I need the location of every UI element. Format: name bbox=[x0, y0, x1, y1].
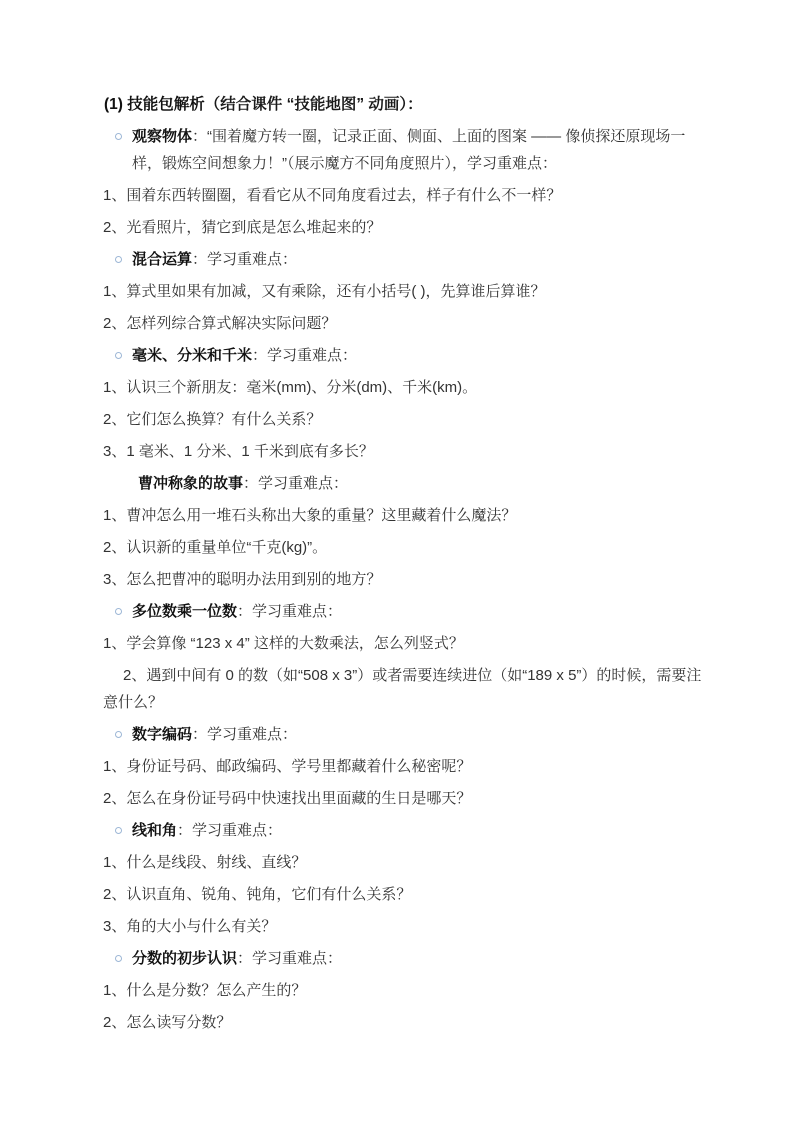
section-description: ：学习重难点： bbox=[237, 603, 342, 620]
study-point: 2、光看照片，猜它到底是怎么堆起来的？ bbox=[103, 214, 705, 241]
document-page: (1) 技能包解析（结合课件 “技能地图” 动画）： 观察物体：“围着魔方转一圈… bbox=[0, 0, 793, 1122]
skill-section: 线和角：学习重难点： 1、什么是线段、射线、直线？2、认识直角、锐角、钝角，它们… bbox=[103, 817, 705, 940]
study-point: 1、什么是线段、射线、直线？ bbox=[103, 849, 705, 876]
skill-section: 曹冲称象的故事：学习重难点： 1、曹冲怎么用一堆石头称出大象的重量？这里藏着什么… bbox=[103, 470, 705, 593]
section-description: ：学习重难点： bbox=[237, 950, 342, 967]
study-point: 1、学会算像 “123 x 4” 这样的大数乘法，怎么列竖式？ bbox=[103, 630, 705, 657]
study-point: 1、什么是分数？怎么产生的？ bbox=[103, 977, 705, 1004]
list-bullet-icon bbox=[115, 256, 122, 263]
study-point: 1、算式里如果有加减，又有乘除，还有小括号( )，先算谁后算谁？ bbox=[103, 278, 705, 305]
section-title: 混合运算 bbox=[132, 251, 192, 268]
title-annotation: （结合课件 “技能地图” 动画）： bbox=[205, 96, 423, 113]
study-point: 1、身份证号码、邮政编码、学号里都藏着什么秘密呢？ bbox=[103, 753, 705, 780]
study-point: 3、怎么把曹冲的聪明办法用到别的地方？ bbox=[103, 566, 705, 593]
section-title: 多位数乘一位数 bbox=[132, 603, 237, 620]
study-point: 2、遇到中间有 0 的数（如“508 x 3”）或者需要连续进位（如“189 x… bbox=[103, 662, 705, 716]
study-point: 1、曹冲怎么用一堆石头称出大象的重量？这里藏着什么魔法？ bbox=[103, 502, 705, 529]
section-description: ：学习重难点： bbox=[192, 726, 297, 743]
section-title: 观察物体 bbox=[132, 128, 192, 145]
skill-section: 观察物体：“围着魔方转一圈，记录正面、侧面、上面的图案 —— 像侦探还原现场一样… bbox=[103, 123, 705, 241]
section-title: 线和角 bbox=[132, 822, 177, 839]
sections-container: 观察物体：“围着魔方转一圈，记录正面、侧面、上面的图案 —— 像侦探还原现场一样… bbox=[103, 123, 705, 1036]
list-bullet-icon bbox=[115, 731, 122, 738]
section-description: ：学习重难点： bbox=[177, 822, 282, 839]
skill-section: 多位数乘一位数：学习重难点： 1、学会算像 “123 x 4” 这样的大数乘法，… bbox=[103, 598, 705, 716]
skill-section: 混合运算：学习重难点： 1、算式里如果有加减，又有乘除，还有小括号( )，先算谁… bbox=[103, 246, 705, 337]
study-point: 2、怎么在身份证号码中快速找出里面藏的生日是哪天？ bbox=[103, 785, 705, 812]
section-heading: 混合运算：学习重难点： bbox=[103, 246, 705, 273]
section-heading: 多位数乘一位数：学习重难点： bbox=[103, 598, 705, 625]
study-point: 3、1 毫米、1 分米、1 千米到底有多长？ bbox=[103, 438, 705, 465]
section-description: ：学习重难点： bbox=[192, 251, 297, 268]
skill-section: 分数的初步认识：学习重难点： 1、什么是分数？怎么产生的？2、怎么读写分数？ bbox=[103, 945, 705, 1036]
section-title: 分数的初步认识 bbox=[132, 950, 237, 967]
section-heading: 曹冲称象的故事：学习重难点： bbox=[103, 470, 705, 497]
section-heading: 毫米、分米和千米：学习重难点： bbox=[103, 342, 705, 369]
section-heading: 线和角：学习重难点： bbox=[103, 817, 705, 844]
section-heading: 分数的初步认识：学习重难点： bbox=[103, 945, 705, 972]
study-point: 3、角的大小与什么有关？ bbox=[103, 913, 705, 940]
study-point: 2、怎样列综合算式解决实际问题？ bbox=[103, 310, 705, 337]
skill-section: 数字编码：学习重难点： 1、身份证号码、邮政编码、学号里都藏着什么秘密呢？2、怎… bbox=[103, 721, 705, 812]
study-point: 2、认识直角、锐角、钝角，它们有什么关系？ bbox=[103, 881, 705, 908]
title-number-and-name: (1) 技能包解析 bbox=[104, 96, 205, 113]
list-bullet-icon bbox=[115, 133, 122, 140]
section-heading: 数字编码：学习重难点： bbox=[103, 721, 705, 748]
section-description: ：“围着魔方转一圈，记录正面、侧面、上面的图案 —— 像侦探还原现场一样，锻炼空… bbox=[132, 128, 685, 172]
skill-section: 毫米、分米和千米：学习重难点： 1、认识三个新朋友：毫米(mm)、分米(dm)、… bbox=[103, 342, 705, 465]
section-description: ：学习重难点： bbox=[243, 475, 348, 492]
list-bullet-icon bbox=[115, 352, 122, 359]
study-point: 2、怎么读写分数？ bbox=[103, 1009, 705, 1036]
study-point: 2、认识新的重量单位“千克(kg)”。 bbox=[103, 534, 705, 561]
list-bullet-icon bbox=[115, 955, 122, 962]
section-title: 毫米、分米和千米 bbox=[132, 347, 252, 364]
section-title: 曹冲称象的故事 bbox=[138, 475, 243, 492]
study-point: 1、认识三个新朋友：毫米(mm)、分米(dm)、千米(km)。 bbox=[103, 374, 705, 401]
section-description: ：学习重难点： bbox=[252, 347, 357, 364]
list-bullet-icon bbox=[115, 608, 122, 615]
section-title: 数字编码 bbox=[132, 726, 192, 743]
study-point: 2、它们怎么换算？有什么关系？ bbox=[103, 406, 705, 433]
list-bullet-icon bbox=[115, 827, 122, 834]
section-heading: 观察物体：“围着魔方转一圈，记录正面、侧面、上面的图案 —— 像侦探还原现场一样… bbox=[103, 123, 705, 177]
page-title: (1) 技能包解析（结合课件 “技能地图” 动画）： bbox=[104, 91, 705, 118]
study-point: 1、围着东西转圈圈，看看它从不同角度看过去，样子有什么不一样？ bbox=[103, 182, 705, 209]
